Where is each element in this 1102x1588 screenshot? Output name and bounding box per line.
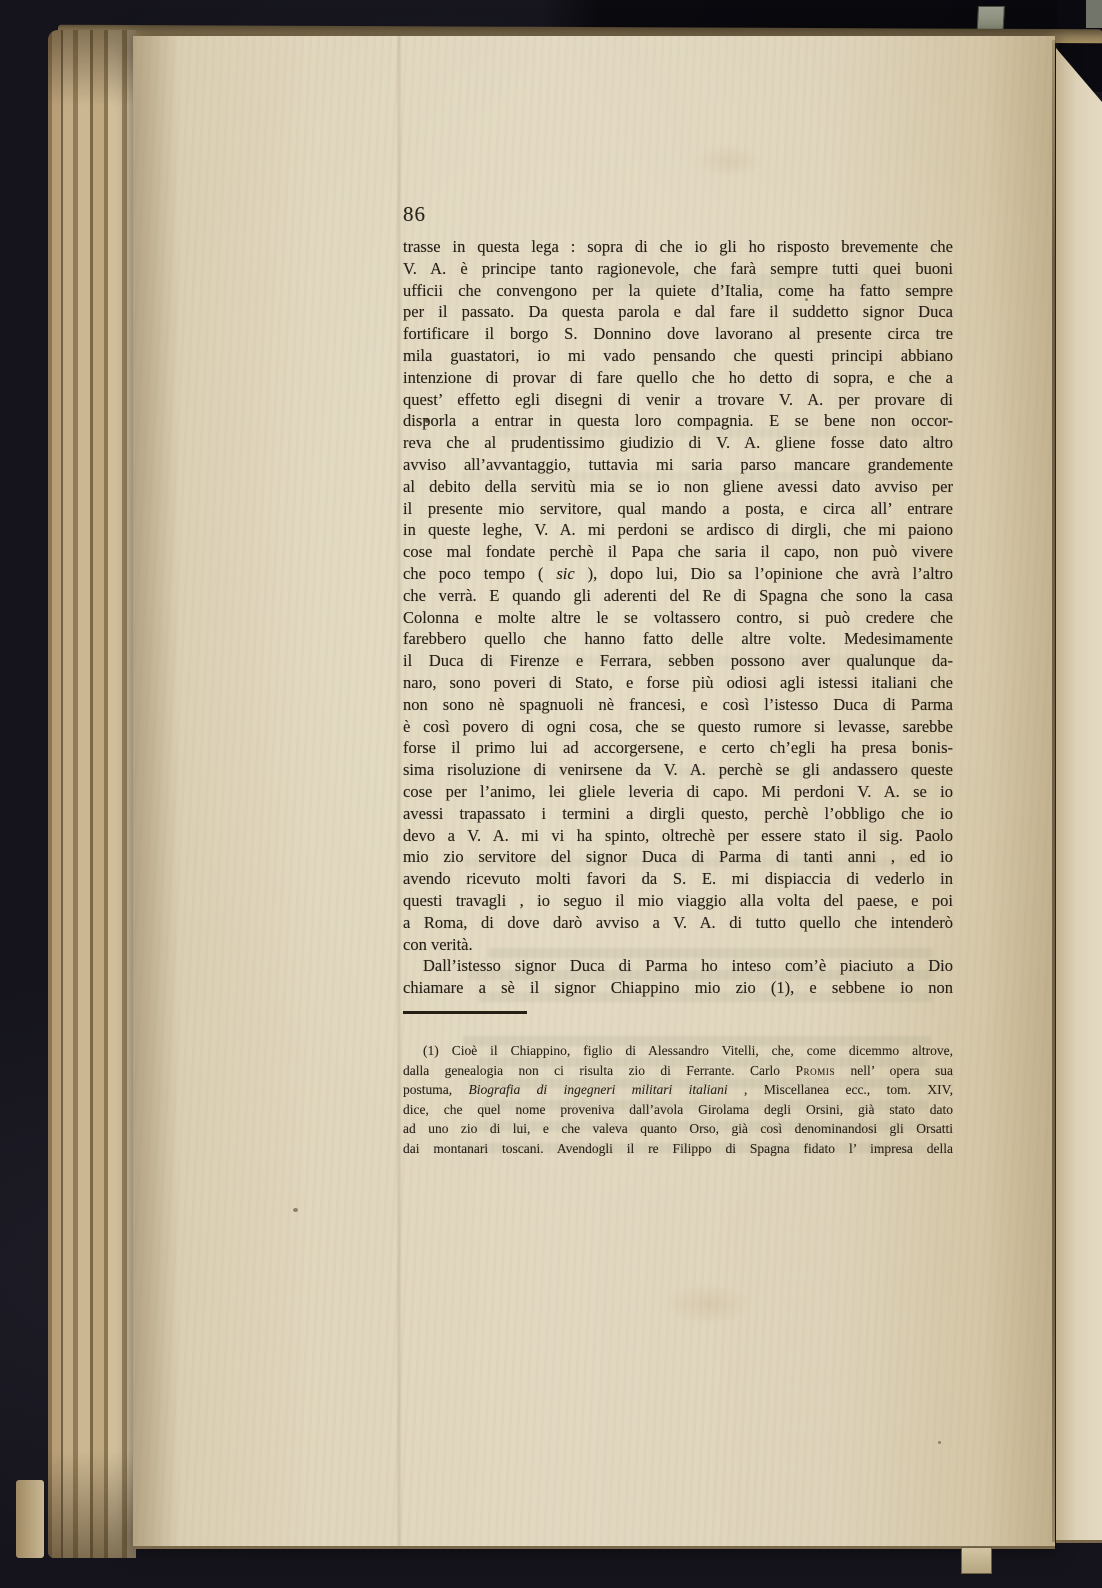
text-line: questi travagli , io seguo il mio viaggi… (403, 890, 953, 912)
text-line: con verità. (403, 934, 953, 956)
text-line: in queste leghe, V. A. mi perdoni se ard… (403, 519, 953, 541)
text-line: mila guastatori, io mi vado pensando che… (403, 345, 953, 367)
text-line: avendo ricevuto molti favori da S. E. mi… (403, 868, 953, 890)
text-line: devo a V. A. mi vi ha spinto, oltrechè p… (403, 825, 953, 847)
text-line: dalla genealogia non ci risulta zio di F… (403, 1061, 953, 1081)
text-line: cose per l’animo, lei gliele leveria di … (403, 781, 953, 803)
paper-stain (693, 144, 763, 178)
text-line: avessi trapassato i termini a dirgli que… (403, 803, 953, 825)
text-line: per il passato. Da questa parola e dal f… (403, 301, 953, 323)
text-line: fortificare il borgo S. Donnino dove lav… (403, 323, 953, 345)
text-line: ad uno zio di lui, e che valeva quanto O… (403, 1119, 953, 1139)
text-line: Dall’istesso signor Duca di Parma ho int… (403, 955, 953, 977)
text-line: trasse in questa lega : sopra di che io … (403, 236, 953, 258)
corner-tab (1086, 0, 1102, 28)
text-line: è così povero di ogni cosa, che se quest… (403, 716, 953, 738)
footnote-rule (403, 1011, 527, 1014)
text-line: intenzione di provar di fare quello che … (403, 367, 953, 389)
book-page: 86 trasse in questa lega : sopra di che … (133, 36, 1055, 1549)
text-line: mio zio servitore del signor Duca di Par… (403, 846, 953, 868)
text-line: disporla a entrar in questa loro compagn… (403, 410, 953, 432)
text-line: quest’ effetto egli disegni di venir a t… (403, 389, 953, 411)
text-line: sima risoluzione di venirsene da V. A. p… (403, 759, 953, 781)
text-line: non sono nè spagnuoli nè francesi, e cos… (403, 694, 953, 716)
text-line: forse il primo lui ad accorgersene, e ce… (403, 737, 953, 759)
text-line: Colonna e molte altre le se voltassero c… (403, 607, 953, 629)
foxing-speck (938, 1441, 941, 1444)
paper-stain (663, 1284, 753, 1324)
text-line: chiamare a sè il signor Chiappino mio zi… (403, 977, 953, 999)
text-line: ufficii che convengono per la quiete d’I… (403, 280, 953, 302)
footnote-text: (1) Cioè il Chiappino, figlio di Alessan… (403, 1041, 953, 1158)
text-line: reva che al prudentissimo giudizio di V.… (403, 432, 953, 454)
text-line: avviso all’avvantaggio, tuttavia mi sari… (403, 454, 953, 476)
book-gutter (1052, 40, 1056, 1542)
page-left-shading (133, 36, 179, 1546)
text-line: farebbero quello che hanno fatto delle a… (403, 628, 953, 650)
text-line: cose mal fondate perchè il Papa che sari… (403, 541, 953, 563)
foxing-speck (293, 1208, 298, 1212)
text-line: a Roma, di dove darò avviso a V. A. di t… (403, 912, 953, 934)
protruding-page-corner (16, 1480, 44, 1558)
text-line: dai montanari toscani. Avendogli il re F… (403, 1139, 953, 1159)
text-line: V. A. è principe tanto ragionevole, che … (403, 258, 953, 280)
text-line: il Duca di Firenze e Ferrara, sebben pos… (403, 650, 953, 672)
text-line: (1) Cioè il Chiappino, figlio di Alessan… (403, 1041, 953, 1061)
bookmark-tab-bottom (961, 1547, 992, 1574)
page-edges-stack (48, 30, 136, 1558)
text-line: al debito della servitù mia se io non gl… (403, 476, 953, 498)
text-line: postuma, Biografia di ingegneri militari… (403, 1080, 953, 1100)
facing-page-edge (1056, 40, 1102, 1543)
body-text: trasse in questa lega : sopra di che io … (403, 236, 953, 999)
page-number: 86 (403, 202, 426, 227)
text-line: dice, che quel nome proveniva dall’avola… (403, 1100, 953, 1120)
photo-background: 86 trasse in questa lega : sopra di che … (0, 0, 1102, 1588)
text-line: naro, sono poveri di Stato, e forse più … (403, 672, 953, 694)
text-line: che poco tempo ( sic ), dopo lui, Dio sa… (403, 563, 953, 585)
page-crease (396, 36, 402, 1546)
text-line: il presente mio servitore, qual mando a … (403, 498, 953, 520)
text-line: che verrà. E quando gli aderenti del Re … (403, 585, 953, 607)
